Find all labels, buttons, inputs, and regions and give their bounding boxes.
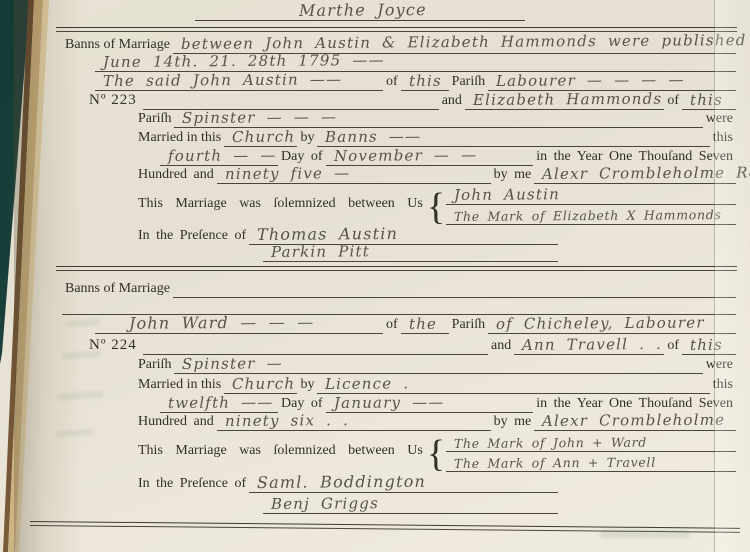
groom-parish-line: this bbox=[401, 74, 449, 91]
bride-name-handwriting: Elizabeth Hammonds bbox=[465, 92, 664, 109]
bottom-double-rule bbox=[30, 521, 740, 533]
bride-parish-handwriting: this bbox=[682, 338, 725, 354]
parish-label: Pariſh bbox=[135, 358, 174, 374]
officiant-handwriting: Alexr Crombleholme Rector bbox=[534, 165, 750, 183]
banns-dates-row: June 14th. 21. 28th 1795 —— bbox=[95, 55, 736, 72]
this-label: this bbox=[710, 131, 736, 147]
month-line: November — — bbox=[326, 149, 534, 166]
method-handwriting: Banns —— bbox=[317, 129, 423, 146]
book-cover-edge bbox=[0, 0, 64, 552]
page-header-script: Marthe Joyce bbox=[291, 2, 429, 20]
year-words-line: ninety five — bbox=[217, 167, 491, 184]
bride-mark-handwriting: The Mark of Ann + Travell bbox=[446, 456, 658, 471]
signature-line-1: John Austin bbox=[446, 185, 736, 205]
signatures: The Mark of John + Ward The Mark of Ann … bbox=[446, 432, 736, 472]
presence-label: In the Preſence of bbox=[135, 229, 249, 245]
groom-signature-handwriting: John Austin bbox=[446, 187, 562, 204]
banns-row: Banns of Marriage between John Austin & … bbox=[62, 36, 736, 54]
groom-parish-line: the bbox=[401, 317, 449, 334]
hundred-and-label: Hundred and bbox=[135, 168, 217, 184]
page-stack-edge-tan bbox=[0, 0, 64, 552]
month-line: January —— bbox=[326, 396, 534, 413]
solemnized-label: This Marriage was ſolemnized between Us bbox=[135, 197, 426, 213]
bride-mark-handwriting: The Mark of Elizabeth X Hammonds bbox=[446, 209, 724, 224]
witness2-handwriting: Parkin Pitt bbox=[263, 244, 372, 261]
method-line: Licence . bbox=[317, 377, 709, 394]
officiant-line: Alexr Crombleholme Rector bbox=[534, 167, 736, 184]
of-label: of bbox=[664, 339, 682, 355]
parish-label: Pariſh bbox=[449, 75, 488, 91]
groom-name-handwriting: John Ward — — — bbox=[95, 314, 317, 333]
groom-name-line: John Ward — — — bbox=[95, 316, 383, 334]
date-row: fourth — — Day of November — — in the Ye… bbox=[160, 147, 736, 166]
separator-double-rule bbox=[56, 266, 737, 271]
parish-label: Pariſh bbox=[449, 318, 488, 334]
place-handwriting: Church bbox=[224, 376, 297, 393]
method-handwriting: Licence . bbox=[317, 376, 411, 393]
groom-occupation-handwriting: of Chicheley, Labourer bbox=[488, 315, 707, 333]
day-line: fourth — — bbox=[160, 149, 278, 166]
date-row: twelfth —— Day of January —— in the Year… bbox=[160, 394, 736, 413]
year-words-handwriting: ninety six . . bbox=[217, 413, 351, 430]
presence-label: In the Preſence of bbox=[135, 477, 249, 493]
month-handwriting: November — — bbox=[325, 148, 478, 165]
witness2-handwriting: Benj Griggs bbox=[263, 496, 381, 513]
banns-dates-handwriting bbox=[62, 313, 72, 314]
ink-bleed-through bbox=[58, 390, 104, 400]
witness1-handwriting: Saml. Boddington bbox=[249, 474, 428, 492]
groom-occupation-handwriting: Labourer — — — — bbox=[488, 73, 687, 90]
signature-line-2: The Mark of Ann + Travell bbox=[446, 452, 736, 472]
witness2-line: Benj Griggs bbox=[263, 497, 558, 514]
page-header-script-line: Marthe Joyce bbox=[195, 0, 525, 21]
officiant-line: Alexr Crombleholme bbox=[534, 414, 736, 431]
binding-shadow bbox=[14, 0, 84, 552]
bride-name-line: Ann Travell . . bbox=[514, 338, 664, 355]
condition-line: Spinster — — — bbox=[174, 111, 702, 128]
this-label: this bbox=[710, 378, 736, 394]
day-line: twelfth —— bbox=[160, 396, 278, 413]
month-handwriting: January —— bbox=[325, 395, 446, 412]
year-row: Hundred and ninety five — by me Alexr Cr… bbox=[135, 166, 736, 184]
place-line: Church bbox=[224, 377, 297, 394]
banns-entry-handwriting bbox=[173, 296, 183, 297]
by-me-label: by me bbox=[491, 168, 535, 184]
of-label: of bbox=[664, 94, 682, 110]
condition-row: Pariſh Spinster — were bbox=[135, 356, 736, 374]
married-in-this-label: Married in this bbox=[135, 378, 224, 394]
banns-dates-handwriting: June 14th. 21. 28th 1795 —— bbox=[95, 53, 387, 71]
bride-row: Nº 224 and Ann Travell . . of this bbox=[86, 337, 736, 355]
married-row: Married in this Church by Licence . this bbox=[135, 375, 736, 394]
witness1-line: Saml. Boddington bbox=[249, 475, 558, 493]
were-label: were bbox=[703, 358, 736, 374]
bride-name-handwriting: Ann Travell . . bbox=[514, 337, 664, 354]
and-label: and bbox=[439, 94, 465, 110]
register-photo: Marthe Joyce Banns of Marriage between J… bbox=[0, 0, 750, 552]
witness2-row: Parkin Pitt bbox=[263, 245, 558, 262]
groom-row: John Ward — — — of the Pariſh of Chichel… bbox=[95, 316, 736, 334]
parish-label: Pariſh bbox=[135, 112, 174, 128]
condition-handwriting: Spinster — — — bbox=[174, 110, 339, 127]
groom-name-line: The said John Austin —— bbox=[95, 74, 383, 91]
groom-parish-handwriting: this bbox=[401, 74, 444, 90]
hundred-and-label: Hundred and bbox=[135, 415, 217, 431]
banns-label: Banns of Marriage bbox=[62, 282, 173, 298]
bride-parish-handwriting: this bbox=[682, 93, 725, 109]
year-words-handwriting: ninety five — bbox=[217, 166, 352, 183]
page-stack-edge-dark bbox=[0, 0, 64, 552]
and-label: and bbox=[488, 339, 514, 355]
method-line: Banns —— bbox=[317, 130, 709, 147]
banns-dates-line: June 14th. 21. 28th 1795 —— bbox=[95, 55, 736, 72]
banns-row: Banns of Marriage bbox=[62, 280, 736, 298]
by-label: by bbox=[297, 131, 317, 147]
day-handwriting: twelfth —— bbox=[160, 395, 276, 412]
day-handwriting: fourth — — bbox=[160, 148, 279, 165]
were-label: were bbox=[703, 112, 736, 128]
banns-dates-row bbox=[62, 298, 736, 315]
groom-name-handwriting: The said John Austin —— bbox=[95, 72, 344, 90]
condition-handwriting: Spinster — bbox=[174, 356, 285, 373]
place-handwriting: Church bbox=[224, 129, 297, 146]
witness2-row: Benj Griggs bbox=[263, 497, 558, 514]
bride-parish-line: this bbox=[682, 93, 736, 110]
brace-glyph: { bbox=[426, 436, 446, 472]
banns-entry-handwriting: between John Austin & Elizabeth Hammonds… bbox=[173, 33, 749, 53]
officiant-handwriting: Alexr Crombleholme bbox=[534, 413, 727, 430]
of-label: of bbox=[383, 318, 401, 334]
witness2-line: Parkin Pitt bbox=[263, 245, 558, 262]
married-in-this-label: Married in this bbox=[135, 131, 224, 147]
condition-row: Pariſh Spinster — — — were bbox=[135, 110, 736, 128]
year-row: Hundred and ninety six . . by me Alexr C… bbox=[135, 413, 736, 431]
bride-name-line: Elizabeth Hammonds bbox=[465, 93, 664, 110]
married-row: Married in this Church by Banns —— this bbox=[135, 128, 736, 147]
bride-parish-line: this bbox=[682, 338, 736, 355]
groom-mark-handwriting: The Mark of John + Ward bbox=[446, 436, 649, 451]
by-me-label: by me bbox=[491, 415, 535, 431]
bride-row: Nº 223 and Elizabeth Hammonds of this bbox=[86, 92, 736, 110]
solemnized-row: This Marriage was ſolemnized between Us … bbox=[135, 185, 736, 225]
brace-glyph: { bbox=[426, 189, 446, 225]
record-number: Nº 224 bbox=[86, 338, 143, 355]
condition-line: Spinster — bbox=[174, 357, 702, 374]
groom-row: The said John Austin —— of this Pariſh L… bbox=[95, 73, 736, 91]
solemnized-row: This Marriage was ſolemnized between Us … bbox=[135, 432, 736, 472]
by-label: by bbox=[297, 378, 317, 394]
signature-line-2: The Mark of Elizabeth X Hammonds bbox=[446, 205, 736, 225]
groom-occupation-line: Labourer — — — — bbox=[488, 74, 736, 91]
page-stack-edge-light bbox=[0, 0, 64, 552]
presence-row: In the Preſence of Saml. Boddington bbox=[135, 474, 558, 493]
ink-bleed-through bbox=[56, 429, 94, 438]
of-label: of bbox=[383, 75, 401, 91]
record-number: Nº 223 bbox=[86, 93, 143, 110]
groom-occupation-line: of Chicheley, Labourer bbox=[488, 317, 736, 334]
signature-line-1: The Mark of John + Ward bbox=[446, 432, 736, 452]
solemnized-label: This Marriage was ſolemnized between Us bbox=[135, 444, 426, 460]
witness1-handwriting: Thomas Austin bbox=[249, 226, 400, 244]
place-line: Church bbox=[224, 130, 297, 147]
signatures: John Austin The Mark of Elizabeth X Hamm… bbox=[446, 185, 736, 225]
year-words-line: ninety six . . bbox=[217, 414, 491, 431]
groom-parish-handwriting: the bbox=[401, 317, 439, 333]
